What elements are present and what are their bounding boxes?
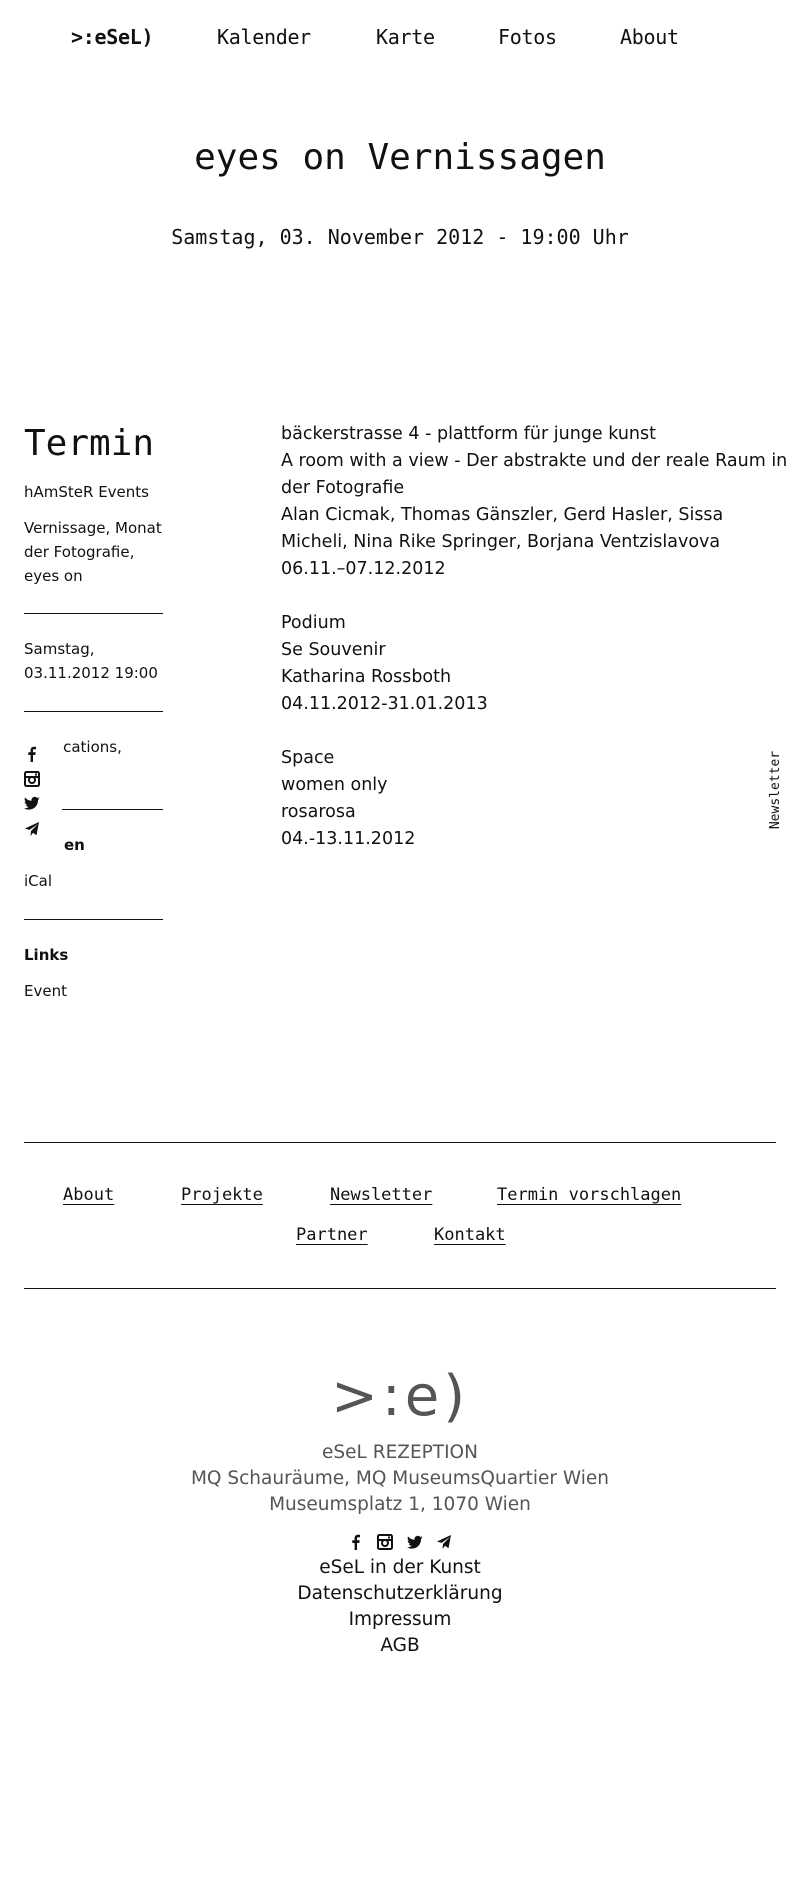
venue[interactable]: Podium bbox=[281, 610, 791, 637]
artists: Katharina Rossboth bbox=[281, 664, 791, 691]
address-street: Museumsplatz 1, 1070 Wien bbox=[0, 1492, 800, 1518]
event-title: eyes on Vernissagen bbox=[0, 132, 800, 184]
newsletter-tab[interactable]: Newsletter bbox=[766, 750, 786, 830]
event-link[interactable]: Event bbox=[24, 979, 164, 1003]
facebook-icon[interactable] bbox=[24, 746, 40, 762]
footer-link-termin-vorschlagen[interactable]: Termin vorschlagen bbox=[497, 1183, 681, 1207]
exhibition-title: women only bbox=[281, 772, 791, 799]
footer-social bbox=[0, 1531, 800, 1549]
top-nav: >:eSeL) Kalender Karte Fotos About bbox=[0, 20, 800, 54]
event-tags[interactable]: Vernissage, Monat der Fotografie, eyes o… bbox=[24, 516, 164, 588]
exhibition-dates: 04.11.2012-31.01.2013 bbox=[281, 691, 791, 718]
logo-link[interactable]: >:eSeL) bbox=[71, 20, 153, 54]
footer-divider-top bbox=[24, 1142, 776, 1143]
social-sidebar bbox=[0, 738, 62, 850]
footer-link-impressum[interactable]: Impressum bbox=[0, 1607, 800, 1633]
artists: Alan Cicmak, Thomas Gänszler, Gerd Hasle… bbox=[281, 502, 791, 556]
exhibition-dates: 06.11.–07.12.2012 bbox=[281, 556, 791, 583]
event-datetime: Samstag, 03. November 2012 - 19:00 Uhr bbox=[0, 222, 800, 252]
footer-meta-links: eSeL in der Kunst Datenschutzerklärung I… bbox=[0, 1555, 800, 1659]
telegram-icon[interactable] bbox=[24, 821, 40, 837]
divider bbox=[24, 613, 163, 614]
exhibition-title: Se Souvenir bbox=[281, 637, 791, 664]
nav-kalender[interactable]: Kalender bbox=[217, 20, 311, 54]
links-heading: Links bbox=[24, 943, 164, 967]
event-sidebar: Termin hAmSteR Events Vernissage, Monat … bbox=[24, 420, 164, 468]
exhibition-list: bäckerstrasse 4 - plattform für junge ku… bbox=[281, 421, 791, 880]
nav-about[interactable]: About bbox=[620, 20, 679, 54]
telegram-icon[interactable] bbox=[436, 1534, 452, 1550]
ical-link[interactable]: iCal bbox=[24, 869, 164, 893]
artists: rosarosa bbox=[281, 799, 791, 826]
address-venue: MQ Schauräume, MQ MuseumsQuartier Wien bbox=[0, 1466, 800, 1492]
footer-link-partner[interactable]: Partner bbox=[296, 1223, 368, 1247]
exhibition-entry: Podium Se Souvenir Katharina Rossboth 04… bbox=[281, 610, 791, 718]
footer-link-datenschutz[interactable]: Datenschutzerklärung bbox=[0, 1581, 800, 1607]
organizer[interactable]: hAmSteR Events bbox=[24, 480, 164, 504]
instagram-icon[interactable] bbox=[24, 771, 40, 787]
footer-link-projekte[interactable]: Projekte bbox=[181, 1183, 263, 1207]
venue[interactable]: Space bbox=[281, 745, 791, 772]
divider bbox=[24, 919, 163, 920]
nav-fotos[interactable]: Fotos bbox=[498, 20, 557, 54]
footer-link-about[interactable]: About bbox=[63, 1183, 114, 1207]
instagram-icon[interactable] bbox=[377, 1534, 393, 1550]
divider bbox=[24, 711, 163, 712]
sidebar-date-time: 03.11.2012 19:00 bbox=[24, 661, 164, 685]
address-name: eSeL REZEPTION bbox=[0, 1440, 800, 1466]
exhibition-title: A room with a view - Der abstrakte und d… bbox=[281, 448, 791, 502]
sidebar-date-day: Samstag, bbox=[24, 637, 164, 661]
footer-logo: >:e) bbox=[0, 1362, 800, 1432]
twitter-icon[interactable] bbox=[407, 1534, 423, 1550]
footer-link-esel-in-der-kunst[interactable]: eSeL in der Kunst bbox=[0, 1555, 800, 1581]
exhibition-dates: 04.-13.11.2012 bbox=[281, 826, 791, 853]
footer-link-agb[interactable]: AGB bbox=[0, 1633, 800, 1659]
nav-karte[interactable]: Karte bbox=[376, 20, 435, 54]
sidebar-date: Samstag, 03.11.2012 19:00 bbox=[24, 637, 164, 685]
twitter-icon[interactable] bbox=[24, 795, 40, 811]
exhibition-entry: Space women only rosarosa 04.-13.11.2012 bbox=[281, 745, 791, 853]
footer-divider-bottom bbox=[24, 1288, 776, 1289]
footer-address: eSeL REZEPTION MQ Schauräume, MQ Museums… bbox=[0, 1440, 800, 1518]
venue[interactable]: bäckerstrasse 4 - plattform für junge ku… bbox=[281, 421, 791, 448]
footer-link-kontakt[interactable]: Kontakt bbox=[434, 1223, 506, 1247]
exhibition-entry: bäckerstrasse 4 - plattform für junge ku… bbox=[281, 421, 791, 583]
facebook-icon[interactable] bbox=[348, 1534, 364, 1550]
sidebar-heading: Termin bbox=[24, 420, 164, 468]
footer-link-newsletter[interactable]: Newsletter bbox=[330, 1183, 432, 1207]
